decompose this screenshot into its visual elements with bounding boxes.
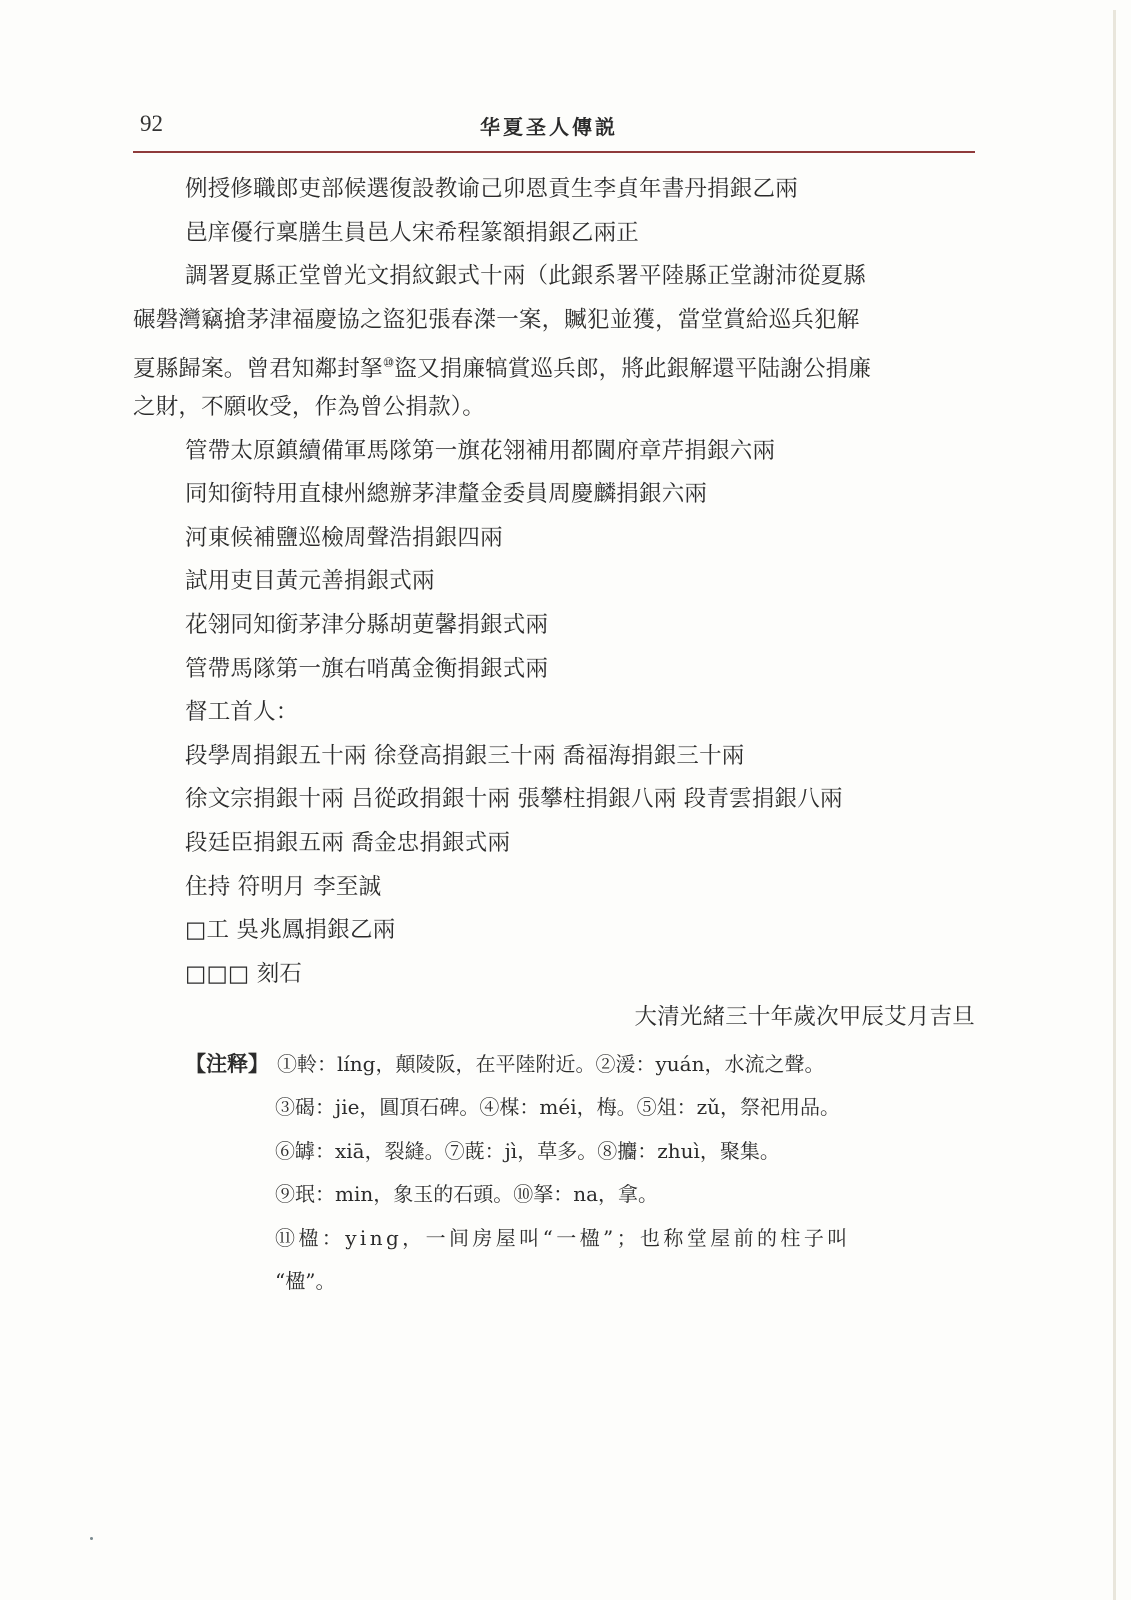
body-line: 段學周捐銀五十兩 徐登高捐銀三十兩 喬福海捐銀三十兩 — [133, 735, 975, 779]
body-line: □□□ 刻石 — [133, 953, 975, 997]
date-line: 大清光緒三十年歲次甲辰艾月吉旦 — [133, 996, 975, 1040]
body-line: 邑庠優行稟膳生員邑人宋希程篆額捐銀乙兩正 — [133, 212, 975, 256]
note-line: “楹”。 — [185, 1260, 975, 1303]
body-line-part: 夏縣歸案。曾君知鄰封拏 — [133, 356, 383, 382]
body-line: □工 吳兆鳳捐銀乙兩 — [133, 909, 975, 953]
note-line: ⑪楹：ying，一间房屋叫“一楹”；也称堂屋前的柱子叫 — [185, 1217, 975, 1260]
annotations: 【注释】①軨：líng，顛陵阪，在平陸附近。②湲：yuán，水流之聲。 ③碣：j… — [185, 1043, 975, 1303]
body-line: 管帶太原鎮續備軍馬隊第一旗花翎補用都閫府章芹捐銀六兩 — [133, 430, 975, 474]
note-text: ①軨：líng，顛陵阪，在平陸附近。②湲：yuán，水流之聲。 — [277, 1052, 824, 1076]
inscription-body: 例授修職郎吏部候選復設教谕己卯恩貢生李貞年書丹捐銀乙兩 邑庠優行稟膳生員邑人宋希… — [133, 168, 975, 1040]
body-line-part: 盜又捐廉犒賞巡兵郎，將此銀解還平陆謝公捐廉 — [394, 356, 871, 382]
body-line: 同知銜特用直棣州總辦茅津釐金委員周慶麟捐銀六兩 — [133, 473, 975, 517]
note-line: ⑨珉：min，象玉的石頭。⑩拏：na，拿。 — [185, 1173, 975, 1216]
body-line: 夏縣歸案。曾君知鄰封拏⑩盜又捐廉犒賞巡兵郎，將此銀解還平陆謝公捐廉 — [133, 342, 975, 386]
scan-speck — [90, 1537, 93, 1540]
note-line: 【注释】①軨：líng，顛陵阪，在平陸附近。②湲：yuán，水流之聲。 — [185, 1043, 975, 1086]
body-line: 碾磐灣竊搶茅津福慶協之盜犯張春滐一案，贓犯並獲，當堂賞給巡兵犯解 — [133, 299, 975, 343]
note-line: ③碣：jie，圓頂石碑。④楳：méi，梅。⑤俎：zǔ，祭祀用品。 — [185, 1086, 975, 1129]
running-title: 华夏圣人傳説 — [480, 111, 650, 140]
body-line: 管帶馬隊第一旗右哨萬金衡捐銀式兩 — [133, 648, 975, 692]
body-line: 督工首人： — [133, 691, 975, 735]
page-number: 92 — [140, 111, 163, 137]
body-line: 河東候補鹽巡檢周聲浩捐銀四兩 — [133, 517, 975, 561]
body-line: 例授修職郎吏部候選復設教谕己卯恩貢生李貞年書丹捐銀乙兩 — [133, 168, 975, 212]
body-line: 調署夏縣正堂曾光文捐紋銀式十兩（此銀系署平陸縣正堂謝沛從夏縣 — [133, 255, 975, 299]
footnote-ref: ⑩ — [383, 356, 395, 371]
body-line: 花翎同知銜茅津分縣胡莄馨捐銀式兩 — [133, 604, 975, 648]
body-line: 住持 符明月 李至誠 — [133, 866, 975, 910]
body-line: 之財，不願收受，作為曾公捐款）。 — [133, 386, 975, 430]
body-line: 徐文宗捐銀十兩 吕從政捐銀十兩 張攀柱捐銀八兩 段青雲捐銀八兩 — [133, 778, 975, 822]
note-line: ⑥罅：xiā，裂縫。⑦蔇：jì，草多。⑧攟：zhuì，聚集。 — [185, 1130, 975, 1173]
page-edge-line — [1113, 10, 1116, 1600]
header-rule — [133, 151, 975, 153]
notes-label: 【注释】 — [185, 1052, 269, 1076]
body-line: 試用吏目黃元善捐銀式兩 — [133, 560, 975, 604]
body-line: 段廷臣捐銀五兩 喬金忠捐銀式兩 — [133, 822, 975, 866]
